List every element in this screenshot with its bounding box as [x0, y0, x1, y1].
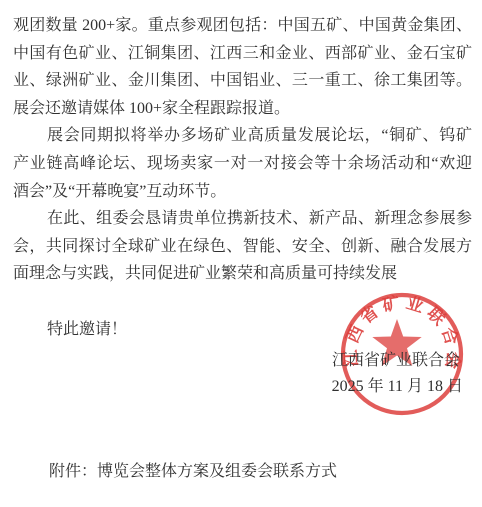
body-line: 观团数量 200+家。重点参观团包括：中国五矿、中国黄金集团、	[13, 12, 472, 40]
closing-line: 特此邀请！	[47, 316, 127, 344]
body-line: 酒会”及“开幕晚宴”互动环节。	[13, 178, 472, 206]
body-line: 产业链高峰论坛、现场卖家一对一对接会等十余场活动和“欢迎	[13, 150, 472, 178]
letter-body: 观团数量 200+家。重点参观团包括：中国五矿、中国黄金集团、 中国有色矿业、江…	[13, 12, 472, 288]
body-line: 在此、组委会恳请贵单位携新技术、新产品、新理念参展参	[13, 205, 472, 233]
body-line: 展会还邀请媒体 100+家全程跟踪报道。	[13, 95, 472, 123]
attachment-line: 附件：博览会整体方案及组委会联系方式	[49, 458, 337, 486]
signature-date: 2025 年 11 月 18 日	[332, 376, 463, 398]
signature-org: 江西省矿业联合会	[332, 350, 460, 372]
invitation-letter-page: 观团数量 200+家。重点参观团包括：中国五矿、中国黄金集团、 中国有色矿业、江…	[0, 0, 482, 507]
body-line: 中国有色矿业、江铜集团、江西三和金业、西部矿业、金石宝矿	[13, 40, 472, 68]
body-line: 展会同期拟将举办多场矿业高质量发展论坛，“铜矿、钨矿	[13, 122, 472, 150]
body-line: 会，共同探讨全球矿业在绿色、智能、安全、创新、融合发展方	[13, 233, 472, 261]
body-line: 业、绿洲矿业、金川集团、中国铝业、三一重工、徐工集团等。	[13, 67, 472, 95]
